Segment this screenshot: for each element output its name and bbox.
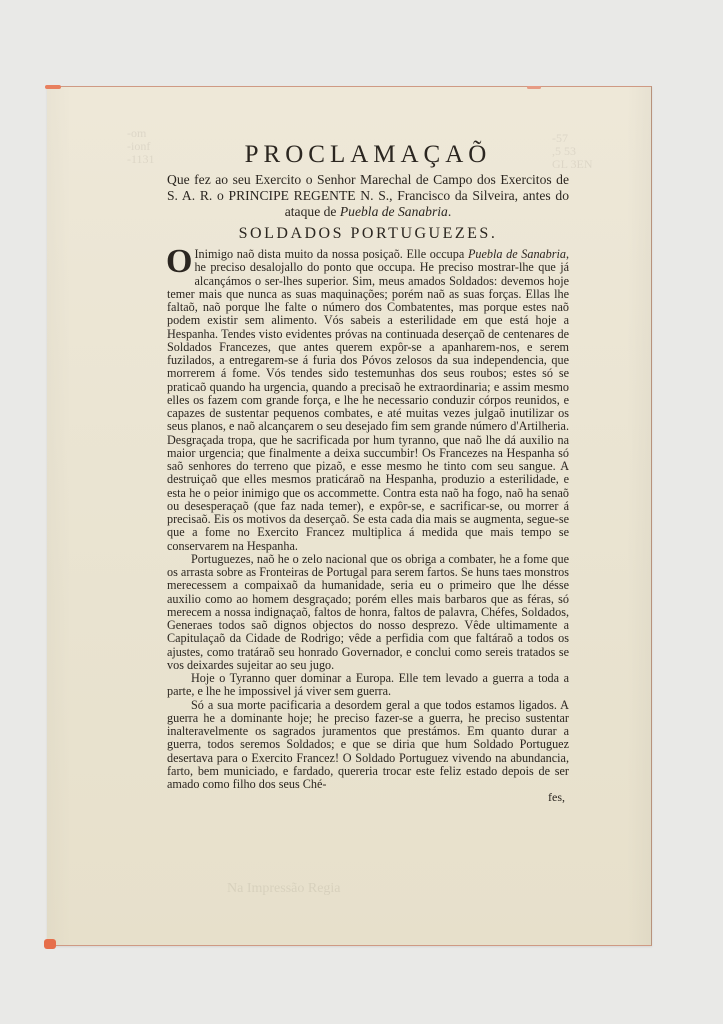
show-through-text: Na Impressão Regia [227,882,341,895]
paragraph-4: Só a sua morte pacificaria a desordem ge… [167,699,569,792]
red-edge-mark [527,86,541,89]
paragraph-text: , he preciso desalojallo do ponto que oc… [167,247,569,553]
drop-cap: O [166,249,192,275]
show-through-text: -om-ionf-1131 [127,127,155,166]
paragraph-3: Hoje o Tyranno quer dominar a Europa. El… [167,672,569,699]
red-edge-mark [44,939,56,949]
place-name: Puebla de Sanabria [468,247,566,261]
printed-page: -om-ionf-1131 -57,5 53GL 3EN Na Impressã… [47,86,652,946]
catchword: fes, [167,791,569,804]
proclamation-content: PROCLAMAÇAÕ Que fez ao seu Exercito o Se… [167,141,569,804]
proclamation-body: OInimigo naõ dista muito da nossa posiça… [167,248,569,804]
document-subtitle: Que fez ao seu Exercito o Senhor Marecha… [167,172,569,220]
document-title: PROCLAMAÇAÕ [167,141,569,169]
subtitle-place: Puebla de Sanabria [340,204,448,219]
subtitle-end: . [448,204,451,219]
paragraph-2: Portuguezes, naõ he o zelo nacional que … [167,553,569,672]
paragraph-text: Inimigo naõ dista muito da nossa posiçaõ… [194,247,467,261]
red-edge-mark [45,85,61,89]
address-heading: SOLDADOS PORTUGUEZES. [167,224,569,244]
paragraph-1: OInimigo naõ dista muito da nossa posiça… [167,248,569,553]
